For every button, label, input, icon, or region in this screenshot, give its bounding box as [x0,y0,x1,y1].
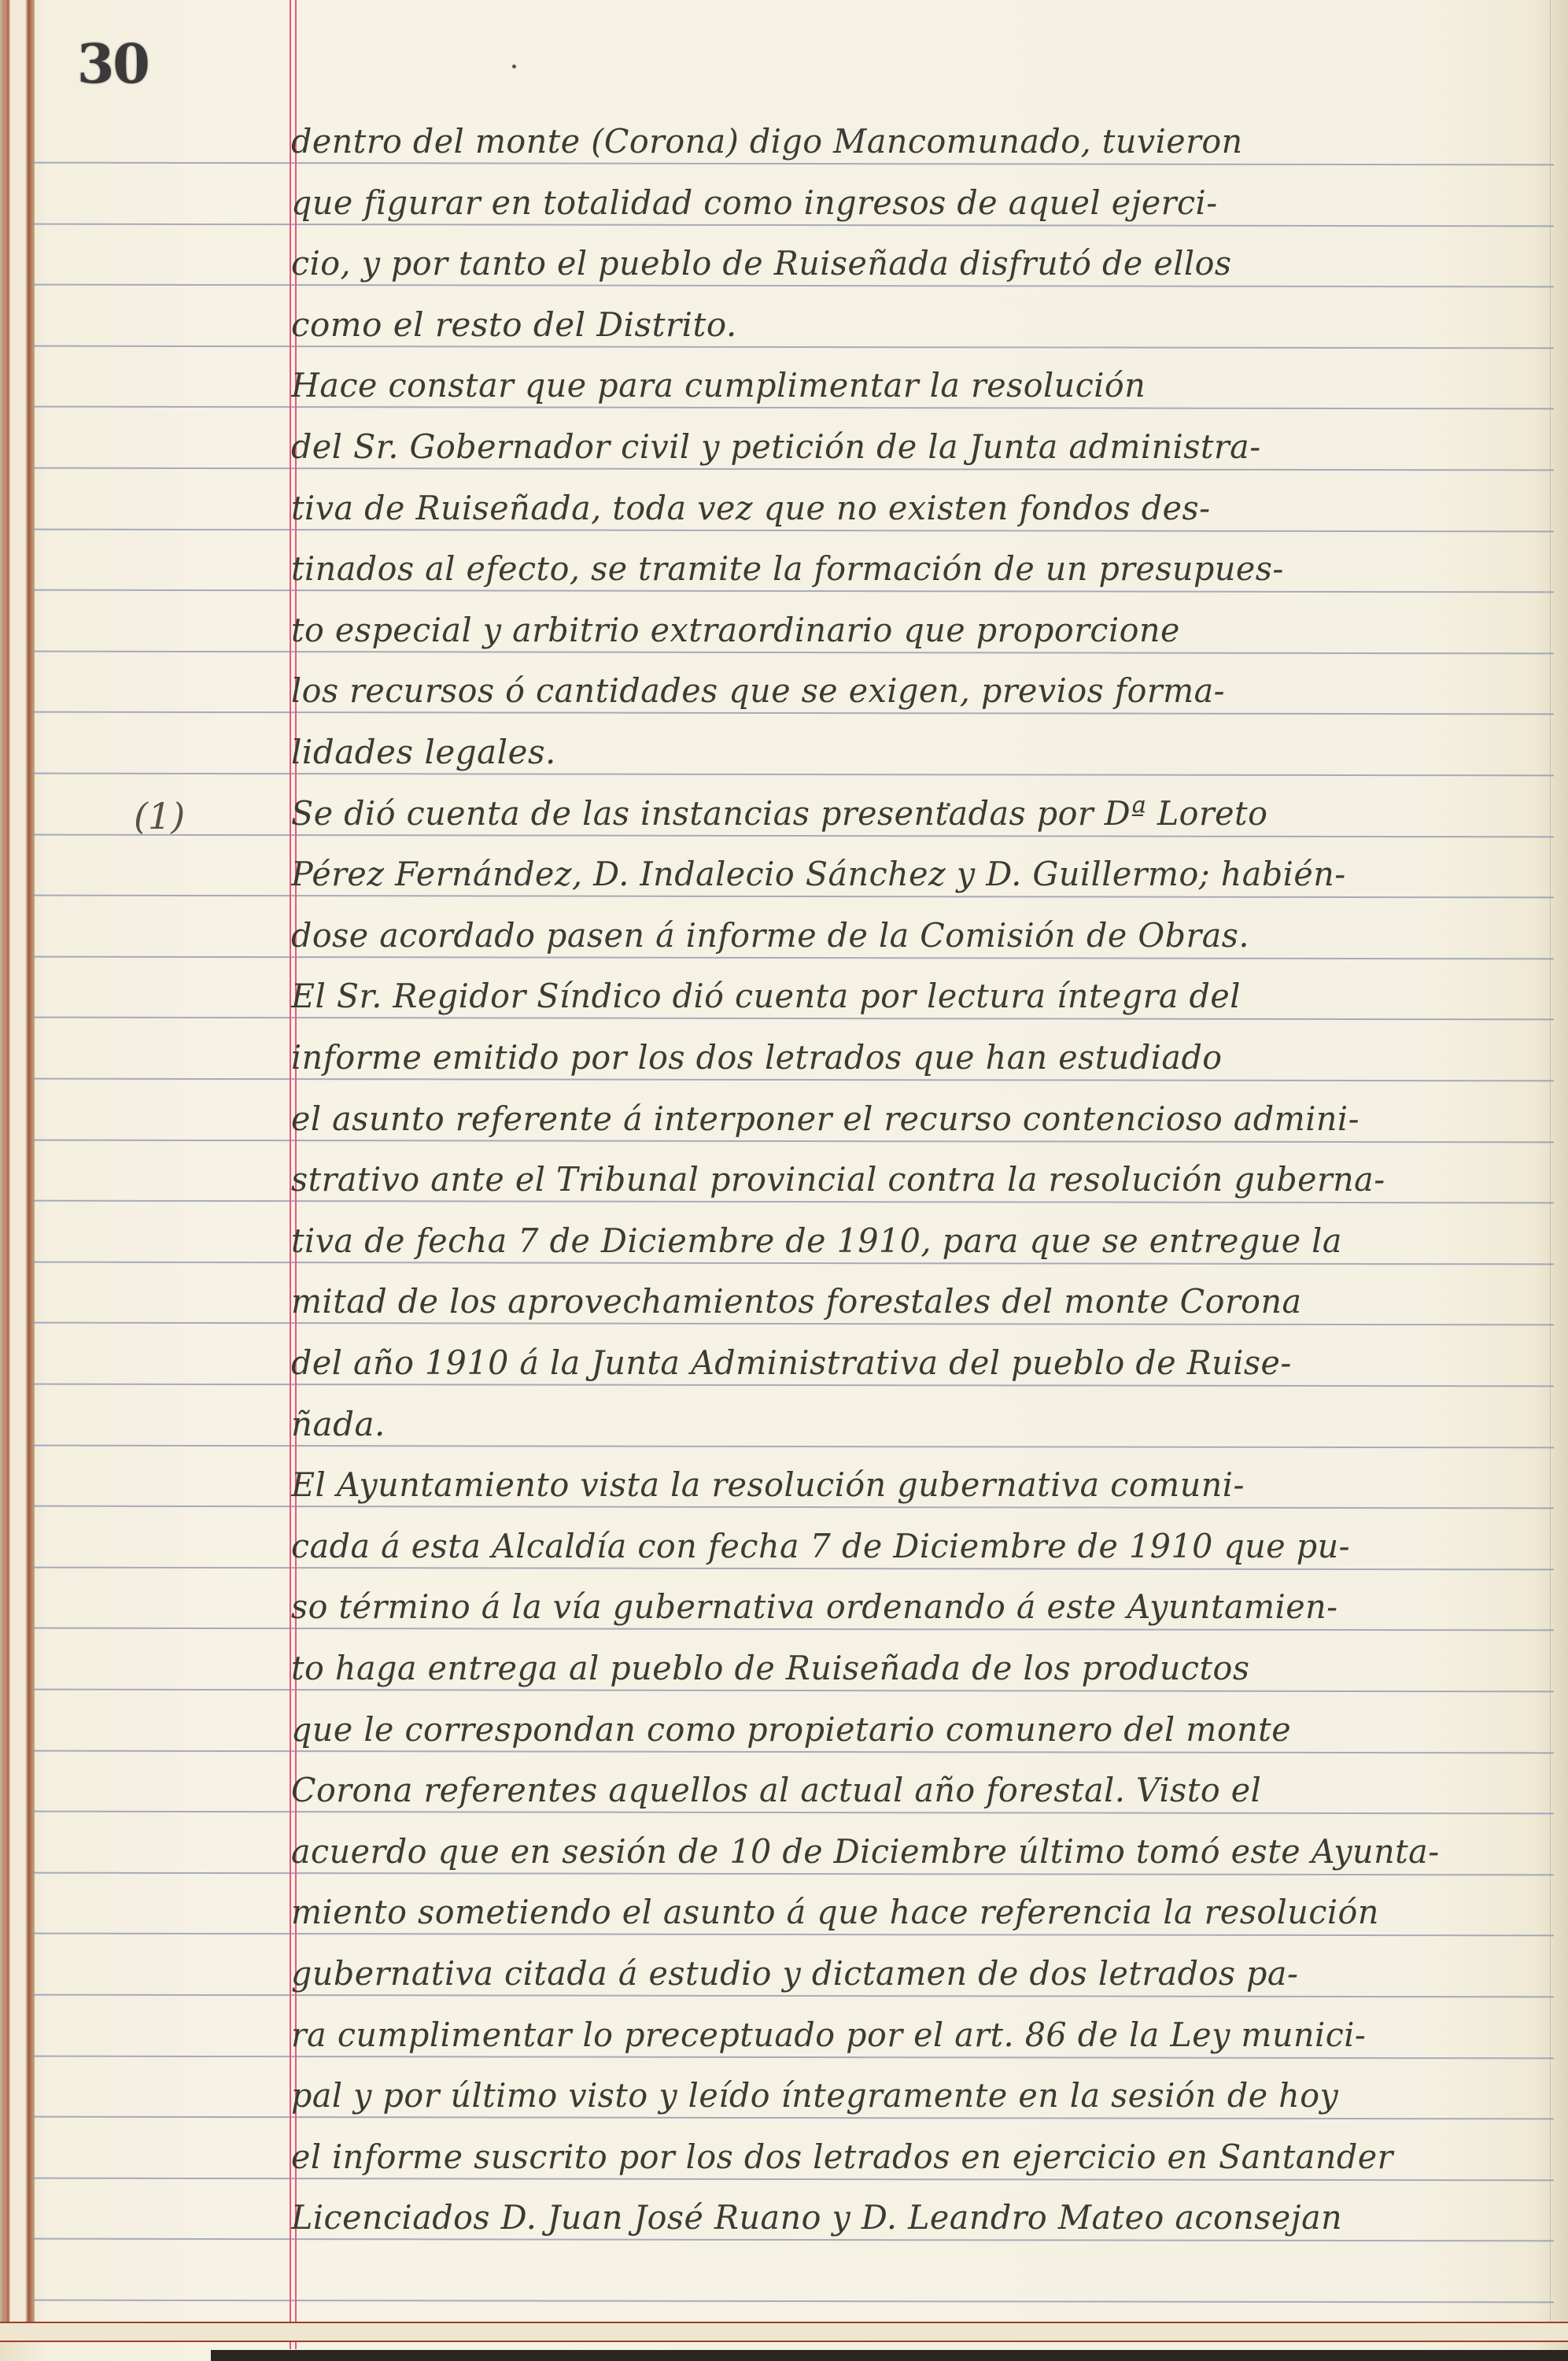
handwritten-line: strativo ante el Tribunal provincial con… [291,1152,1518,1207]
handwritten-line: Pérez Fernández, D. Indalecio Sánchez y … [291,847,1518,902]
handwritten-line: el asunto referente á interponer el recu… [291,1092,1518,1147]
handwritten-line: mitad de los aprovechamientos forestales… [291,1274,1518,1329]
page-right-edge [1550,0,1568,2330]
handwritten-line: tinados al efecto, se tramite la formaci… [291,541,1518,597]
handwritten-line: pal y por último visto y leído íntegrame… [291,2068,1518,2123]
handwritten-line: ra cumplimentar lo preceptuado por el ar… [291,2008,1518,2063]
page-number: 30 [77,33,149,96]
handwritten-line: to haga entrega al pueblo de Ruiseñada d… [291,1641,1518,1696]
handwritten-line: que le correspondan como propietario com… [291,1702,1518,1757]
handwritten-line: miento sometiendo el asunto á que hace r… [291,1885,1518,1940]
handwritten-line: que figurar en totalidad como ingresos d… [291,176,1518,231]
handwritten-line: lidades legales. [291,725,1542,780]
handwritten-line: cada á esta Alcaldía con fecha 7 de Dici… [291,1519,1518,1574]
handwritten-line: Licenciados D. Juan José Ruano y D. Lean… [291,2190,1518,2245]
ink-spot [946,803,950,807]
handwritten-line: to especial y arbitrio extraordinario qu… [291,603,1518,658]
handwritten-line: informe emitido por los dos letrados que… [291,1030,1518,1085]
handwritten-line: como el resto del Distrito. [291,297,1542,353]
handwritten-line: acuerdo que en sesión de 10 de Diciembre… [291,1824,1518,1879]
handwritten-line: el informe suscrito por los dos letrados… [291,2130,1518,2185]
handwritten-line: los recursos ó cantidades que se exigen,… [291,663,1518,719]
handwritten-line: dose acordado pasen á informe de la Comi… [291,908,1518,963]
handwritten-line: so término á la vía gubernativa ordenand… [291,1580,1518,1635]
handwritten-line: cio, y por tanto el pueblo de Ruiseñada … [291,236,1518,291]
handwritten-line: ñada. [291,1397,1542,1452]
handwritten-line: tiva de fecha 7 de Diciembre de 1910, pa… [291,1214,1518,1269]
book-cover-edge [211,2350,1568,2361]
handwritten-line: Corona referentes aquellos al actual año… [291,1763,1518,1818]
margin-note: (1) [134,795,185,837]
handwritten-line: del Sr. Gobernador civil y petición de l… [291,419,1518,475]
handwritten-line: Hace constar que para cumplimentar la re… [291,358,1518,413]
handwritten-line: Se dió cuenta de las instancias presenta… [291,786,1518,841]
ledger-page: 30 (1) dentro del monte (Corona) digo Ma… [0,0,1568,2361]
book-binding [0,0,35,2341]
handwritten-line: del año 1910 á la Junta Administrativa d… [291,1336,1518,1391]
ink-spot [512,65,516,68]
binding-stripe [6,0,9,2341]
handwritten-line: gubernativa citada á estudio y dictamen … [291,1946,1518,2001]
handwritten-line: tiva de Ruiseñada, toda vez que no exist… [291,481,1518,536]
handwritten-line: dentro del monte (Corona) digo Mancomuna… [291,114,1518,169]
ruled-line [31,2300,1554,2304]
handwritten-line: El Sr. Regidor Síndico dió cuenta por le… [291,969,1518,1024]
handwritten-line: El Ayuntamiento vista la resolución gube… [291,1458,1518,1513]
page-bottom-edge [0,2322,1568,2342]
